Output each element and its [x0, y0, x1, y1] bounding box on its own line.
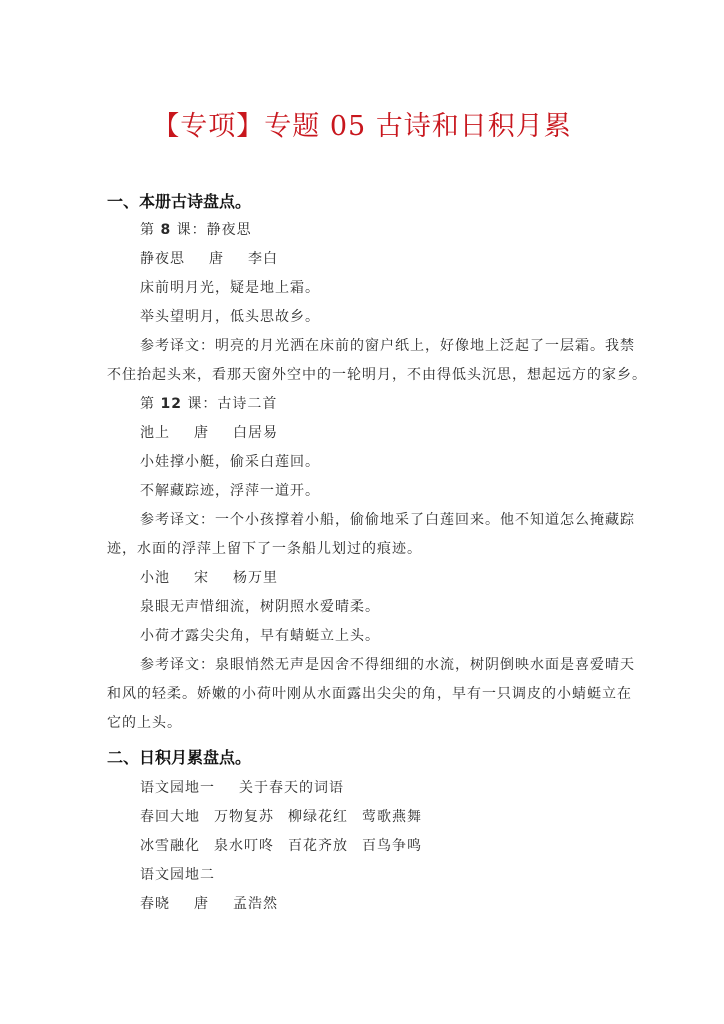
poem-header: 春晓唐孟浩然 [140, 893, 278, 913]
translation-line: 参考译文：明亮的月光洒在床前的窗户纸上，好像地上泛起了一层霜。我禁 [140, 335, 635, 355]
word-row: 冰雪融化泉水叮咚百花齐放百鸟争鸣 [140, 835, 422, 855]
garden-2-heading: 语文园地二 [140, 864, 215, 884]
lesson-8-heading: 第 8 课：静夜思 [140, 219, 252, 239]
translation-line: 它的上头。 [107, 712, 182, 732]
document-title: 【专项】专题 05 古诗和日积月累 [0, 104, 724, 143]
section-heading-daily-accumulation: 二、日积月累盘点。 [107, 745, 251, 768]
translation-line: 参考译文：一个小孩撑着小船，偷偷地采了白莲回来。他不知道怎么掩藏踪 [140, 509, 635, 529]
translation-line: 迹，水面的浮萍上留下了一条船儿划过的痕迹。 [107, 538, 422, 558]
poem-header: 池上唐白居易 [140, 422, 278, 442]
poem-line: 不解藏踪迹，浮萍一道开。 [140, 480, 320, 500]
lesson-12-heading: 第 12 课：古诗二首 [140, 393, 277, 413]
poem-header: 静夜思唐李白 [140, 248, 278, 268]
poem-header: 小池宋杨万里 [140, 567, 278, 587]
garden-1-heading: 语文园地一关于春天的词语 [140, 777, 344, 797]
poem-line: 小荷才露尖尖角，早有蜻蜓立上头。 [140, 625, 380, 645]
poem-line: 小娃撑小艇，偷采白莲回。 [140, 451, 320, 471]
poem-line: 泉眼无声惜细流，树阴照水爱晴柔。 [140, 596, 380, 616]
translation-line: 参考译文：泉眼悄然无声是因舍不得细细的水流，树阴倒映水面是喜爱晴天 [140, 654, 635, 674]
translation-line: 不住抬起头来，看那天窗外空中的一轮明月，不由得低头沉思，想起远方的家乡。 [107, 364, 647, 384]
poem-line: 床前明月光，疑是地上霜。 [140, 277, 320, 297]
section-heading-ancient-poems: 一、本册古诗盘点。 [107, 189, 251, 212]
word-row: 春回大地万物复苏柳绿花红莺歌燕舞 [140, 806, 422, 826]
poem-line: 举头望明月，低头思故乡。 [140, 306, 320, 326]
translation-line: 和风的轻柔。娇嫩的小荷叶刚从水面露出尖尖的角，早有一只调皮的小蜻蜓立在 [107, 683, 632, 703]
